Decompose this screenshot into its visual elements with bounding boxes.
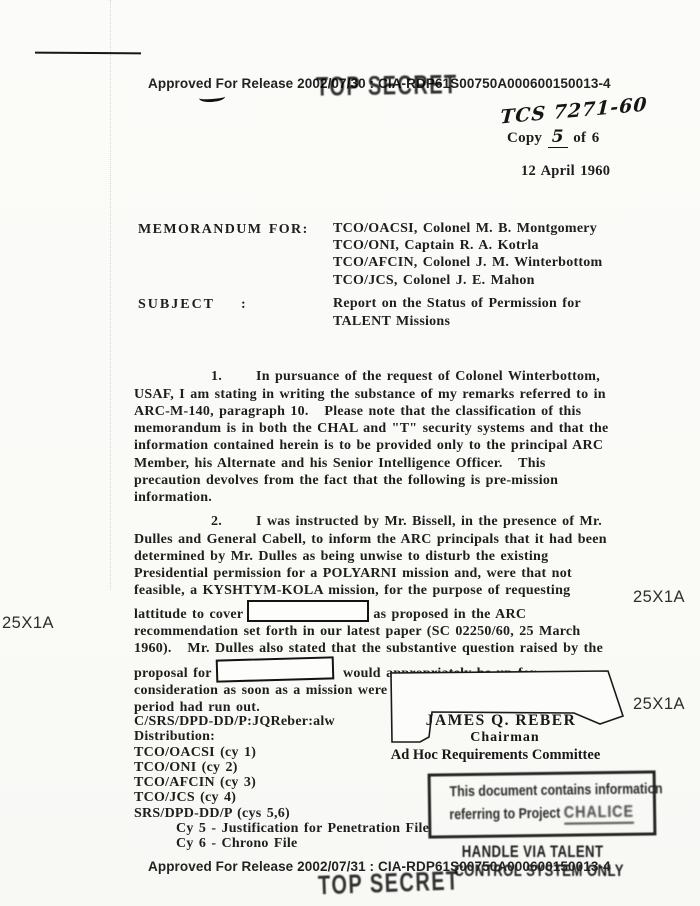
chalice-stamp-line2: referring to Project: [450, 806, 561, 824]
redaction-box-1: [247, 600, 369, 622]
paragraph-number: 1.: [155, 369, 256, 384]
copy-note: Cy 6 - Chrono File: [134, 836, 429, 851]
subject-label: SUBJECT: [138, 297, 215, 313]
top-secret-stamp-top: TOP SECRET: [316, 68, 508, 102]
copy-note: Cy 5 - Justification for Penetration Fil…: [134, 821, 429, 836]
recipient-list: TCO/OACSI, Colonel M. B. Montgomery TCO/…: [333, 220, 602, 289]
copy-number-line: Copy 5 of 6: [507, 127, 600, 147]
tcs-control-number: TCS 7271-60: [500, 93, 648, 128]
signer-name: JAMES Q. REBER: [421, 712, 581, 730]
signer-title: Chairman: [425, 730, 585, 746]
recipient: TCO/OACSI, Colonel M. B. Montgomery: [333, 220, 602, 237]
distribution-item: TCO/OACSI (cy 1): [134, 745, 429, 760]
distribution-item: TCO/ONI (cy 2): [134, 760, 429, 775]
handwritten-underline-mark: [199, 92, 226, 103]
distribution-item: SRS/DPD-DD/P (cys 5,6): [134, 806, 429, 821]
margin-code-25x1a-left: 25X1A: [2, 614, 54, 633]
top-secret-stamp-bottom: TOP SECRET: [318, 864, 511, 902]
distribution-label: Distribution:: [134, 729, 429, 744]
margin-code-25x1a-right-top: 25X1A: [633, 588, 685, 607]
copy-number-handwritten: 5: [548, 127, 568, 148]
paragraph-number: 2.: [155, 514, 256, 529]
scan-artifact-line: [35, 52, 141, 55]
redaction-box-2: [215, 656, 334, 682]
margin-code-25x1a-right-bottom: 25X1A: [633, 695, 685, 714]
distribution-item: TCO/JCS (cy 4): [134, 790, 429, 805]
document-date: 12 April 1960: [521, 163, 610, 180]
recipient: TCO/JCS, Colonel J. E. Mahon: [333, 272, 602, 289]
memorandum-for-label: MEMORANDUM FOR:: [138, 222, 309, 238]
recipient: TCO/AFCIN, Colonel J. M. Winterbottom: [333, 254, 602, 271]
subject-colon: :: [241, 297, 246, 313]
chalice-stamp-line1: This document contains information: [449, 778, 662, 803]
distribution-block: C/SRS/DPD-DD/P:JQReber:alw Distribution:…: [134, 714, 429, 852]
recipient: TCO/ONI, Captain R. A. Kotrla: [333, 237, 602, 254]
scanned-memo-page: Approved For Release 2002/07/30 : CIA-RD…: [0, 0, 700, 906]
subject-text: Report on the Status of Permission for T…: [333, 295, 615, 330]
scan-fold-line: [110, 0, 111, 590]
originator-line: C/SRS/DPD-DD/P:JQReber:alw: [134, 714, 429, 729]
project-chalice-stamp: This document contains information refer…: [428, 770, 657, 838]
chalice-project-word: CHALICE: [564, 802, 634, 825]
distribution-item: TCO/AFCIN (cy 3): [134, 775, 429, 790]
